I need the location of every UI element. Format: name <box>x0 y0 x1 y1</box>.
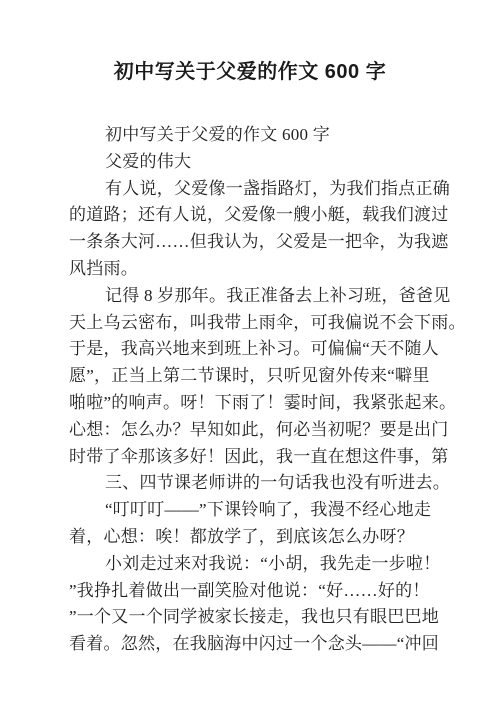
text-line: 小刘走过来对我说：“小胡，我先走一步啦！ <box>69 551 470 578</box>
document-page: 初中写关于父爱的作文 600 字 初中写关于父爱的作文 600 字父爱的伟大有人… <box>0 0 500 708</box>
text-line: 啪啦”的响声。呀！下雨了！霎时间，我紧张起来。 <box>69 390 470 417</box>
text-line: 的道路；还有人说，父爱像一艘小艇，载我们渡过 <box>69 202 470 229</box>
text-line: ”一个又一个同学被家长接走，我也只有眼巴巴地 <box>69 604 470 631</box>
text-line: 一条条大河……但我认为，父爱是一把伞，为我遮 <box>69 229 470 256</box>
text-line: 初中写关于父爱的作文 600 字 <box>69 122 470 149</box>
text-line: ”我挣扎着做出一副笑脸对他说：“好……好的！ <box>69 578 470 605</box>
text-line: 愿”，正当上第二节课时，只听见窗外传来“噼里 <box>69 363 470 390</box>
document-title: 初中写关于父爱的作文 600 字 <box>0 59 500 85</box>
text-line: 有人说，父爱像一盏指路灯，为我们指点正确 <box>69 176 470 203</box>
text-line: 天上乌云密布，叫我带上雨伞，可我偏说不会下雨。 <box>69 310 470 337</box>
text-line: 于是，我高兴地来到班上补习。可偏偏“天不随人 <box>69 336 470 363</box>
text-line: 看着。忽然，在我脑海中闪过一个念头——“冲回 <box>69 631 470 658</box>
text-line: 时带了伞那该多好！因此，我一直在想这件事，第 <box>69 444 470 471</box>
text-line: 父爱的伟大 <box>69 149 470 176</box>
document-body: 初中写关于父爱的作文 600 字父爱的伟大有人说，父爱像一盏指路灯，为我们指点正… <box>0 122 500 658</box>
text-line: 风挡雨。 <box>69 256 470 283</box>
text-line: 三、四节课老师讲的一句话我也没有听进去。 <box>69 470 470 497</box>
text-line: “叮叮叮——”下课铃响了，我漫不经心地走 <box>69 497 470 524</box>
text-line: 记得 8 岁那年。我正准备去上补习班，爸爸见 <box>69 283 470 310</box>
text-line: 心想：怎么办？早知如此，何必当初呢？要是出门 <box>69 417 470 444</box>
text-line: 着，心想：唉！都放学了，到底该怎么办呀？ <box>69 524 470 551</box>
